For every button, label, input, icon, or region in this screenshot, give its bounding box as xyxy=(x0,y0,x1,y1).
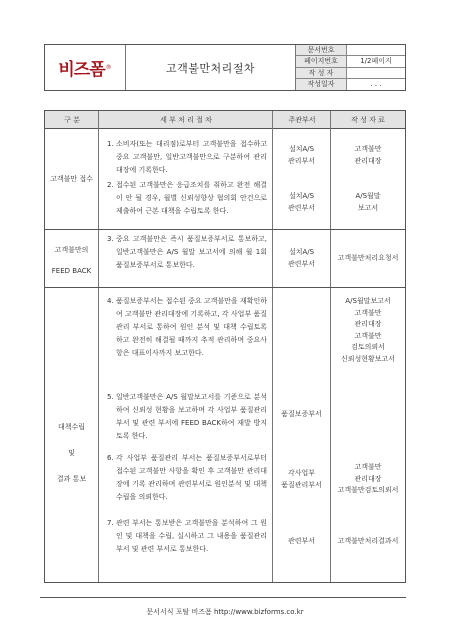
meta-label: 페이지번호 xyxy=(296,56,347,66)
document-line: A/S월말 xyxy=(355,191,380,203)
documents-step-1: 고객불만 관리대장 xyxy=(331,144,405,167)
document-line: 관리대장 xyxy=(354,474,381,486)
department-line: 관련부서 xyxy=(288,203,315,215)
meta-row-page-number: 페이지번호 1/2페이지 xyxy=(296,56,405,67)
category-countermeasure: 대책수립 및 결과 통보 xyxy=(45,421,98,485)
procedure-step-3: 3. 중요 고객불만은 즉시 품질보증부서로 통보하고, 일반고객불만은 A/S… xyxy=(107,233,267,272)
step-text: 관련 부서는 통보받은 고객불만을 분석하여 그 원인 및 대책을 수립, 실시… xyxy=(107,517,267,556)
meta-row-date: 작성일자 . . . xyxy=(296,79,405,90)
department-line: 설치A/S xyxy=(289,191,314,203)
step-number: 1. xyxy=(107,138,114,151)
meta-row-doc-number: 문서번호 xyxy=(296,45,405,56)
meta-label: 작 성 자 xyxy=(296,68,347,78)
registered-mark-icon: ® xyxy=(106,64,112,71)
step-number: 4. xyxy=(107,295,114,308)
department-step-5: 품질보증부서 xyxy=(273,409,330,421)
category-line: FEED BACK xyxy=(52,264,91,279)
step-number: 6. xyxy=(107,452,114,465)
step-text: 소비자(또는 대리점)로부터 고객불만을 접수하고 중요 고객불만, 일반고객불… xyxy=(107,138,267,177)
meta-label: 문서번호 xyxy=(296,45,347,55)
meta-value xyxy=(347,68,405,78)
column-divider xyxy=(98,111,99,582)
step-number: 2. xyxy=(107,179,114,192)
logo: 비즈폼® xyxy=(45,45,126,90)
document-line: 고객불만검토의뢰서 xyxy=(338,485,399,497)
document-line: 고객불만 xyxy=(354,462,381,474)
column-header-category: 구 분 xyxy=(45,111,99,129)
department-line: 관련부서 xyxy=(288,259,315,271)
document-line: 고객불만처리결과서 xyxy=(338,536,399,548)
document-line: 검토의뢰서 xyxy=(351,342,385,354)
department-step-7: 관련부서 xyxy=(273,536,330,548)
row-divider xyxy=(45,229,405,230)
footer-divider xyxy=(40,597,406,598)
procedure-table: 구 분 세 부 처 리 절 차 주관부서 작 성 자 료 고객불만 접수 1. … xyxy=(44,110,406,583)
document-line: 고객불만 xyxy=(354,308,381,320)
category-line: 대책수립 xyxy=(58,421,85,433)
department-step-3: 설치A/S 관련부서 xyxy=(273,247,330,270)
step-text: 각 사업부 품질관리 부서는 품질보증부서로부터 접수된 고객불만 사항을 확인… xyxy=(107,452,267,504)
column-header-procedure: 세 부 처 리 절 차 xyxy=(99,111,273,129)
category-line: 및 xyxy=(68,447,75,459)
document-title: 고객불만처리절차 xyxy=(126,45,296,90)
document-line: 신뢰성현황보고서 xyxy=(341,354,395,366)
logo-text: 비즈폼 xyxy=(58,55,104,80)
document-meta-table: 문서번호 페이지번호 1/2페이지 작 성 자 작성일자 . . . xyxy=(296,45,405,90)
document-line: 고객불만처리요청서 xyxy=(338,253,399,265)
department-line: 설치A/S xyxy=(289,144,314,156)
row-divider xyxy=(45,287,405,288)
step-number: 3. xyxy=(107,233,114,246)
department-line: 품질관리부서 xyxy=(281,480,322,492)
department-step-6: 각사업부 품질관리부서 xyxy=(273,468,330,491)
meta-value xyxy=(347,45,405,55)
column-header-department: 주관부서 xyxy=(273,111,331,129)
step-text: 일반고객불만은 A/S 월말보고서를 기준으로 분석하여 신뢰성 현황을 보고하… xyxy=(107,391,267,443)
procedure-step-4: 4. 품질보증부서는 접수된 중요 고객불만을 재확인하여 고객불만 관리대장에… xyxy=(107,295,267,360)
document-line: A/S월말보고서 xyxy=(345,296,390,308)
procedure-step-1: 1. 소비자(또는 대리점)로부터 고객불만을 접수하고 중요 고객불만, 일반… xyxy=(107,138,267,177)
step-text: 중요 고객불만은 즉시 품질보증부서로 통보하고, 일반고객불만은 A/S 월말… xyxy=(107,233,267,272)
department-line: 각사업부 xyxy=(288,468,315,480)
procedure-step-2: 2. 접수된 고객불만은 응급조치를 취하고 완전 해결이 안 될 경우, 월별… xyxy=(107,179,267,218)
department-step-2: 설치A/S 관련부서 xyxy=(273,191,330,214)
category-line: 고객불만의 xyxy=(55,243,89,258)
department-line: 관련부서 xyxy=(288,536,315,548)
category-feedback: 고객불만의 FEED BACK xyxy=(45,243,98,279)
document-line: 관리대장 xyxy=(354,156,381,168)
procedure-step-7: 7. 관련 부서는 통보받은 고객불만을 분석하여 그 원인 및 대책을 수립,… xyxy=(107,517,267,556)
document-line: 보고서 xyxy=(358,203,378,215)
department-line: 관리부서 xyxy=(288,156,315,168)
column-header-documents: 작 성 자 료 xyxy=(331,111,405,129)
documents-step-4: A/S월말보고서 고객불만 관리대장 고객불만 검토의뢰서 신뢰성현황보고서 xyxy=(331,296,405,365)
documents-step-2: A/S월말 보고서 xyxy=(331,191,405,214)
category-complaint-receipt: 고객불만 접수 xyxy=(45,129,98,229)
footer-text: 문서서식 포탈 비즈폼 http://www.bizforms.co.kr xyxy=(0,607,450,617)
meta-value: . . . xyxy=(347,79,405,90)
document-line: 관리대장 xyxy=(354,319,381,331)
department-line: 설치A/S xyxy=(289,247,314,259)
category-line: 결과 통보 xyxy=(57,473,86,485)
documents-step-7: 고객불만처리결과서 xyxy=(331,536,405,548)
procedure-step-6: 6. 각 사업부 품질관리 부서는 품질보증부서로부터 접수된 고객불만 사항을… xyxy=(107,452,267,504)
meta-value: 1/2페이지 xyxy=(347,56,405,66)
step-text: 접수된 고객불만은 응급조치를 취하고 완전 해결이 안 될 경우, 월별 신뢰… xyxy=(107,179,267,218)
documents-step-6: 고객불만 관리대장 고객불만검토의뢰서 xyxy=(331,462,405,497)
column-divider xyxy=(272,111,273,582)
department-step-1: 설치A/S 관리부서 xyxy=(273,144,330,167)
department-line: 품질보증부서 xyxy=(281,409,322,421)
documents-step-3: 고객불만처리요청서 xyxy=(331,253,405,265)
meta-row-author: 작 성 자 xyxy=(296,68,405,79)
meta-label: 작성일자 xyxy=(296,79,347,90)
document-line: 고객불만 xyxy=(354,144,381,156)
step-number: 5. xyxy=(107,391,114,404)
document-line: 고객불만 xyxy=(354,331,381,343)
document-header: 비즈폼® 고객불만처리절차 문서번호 페이지번호 1/2페이지 작 성 자 작성… xyxy=(44,44,406,91)
step-text: 품질보증부서는 접수된 중요 고객불만을 재확인하여 고객불만 관리대장에 기록… xyxy=(107,295,267,360)
procedure-step-5: 5. 일반고객불만은 A/S 월말보고서를 기준으로 분석하여 신뢰성 현황을 … xyxy=(107,391,267,443)
step-number: 7. xyxy=(107,517,114,530)
